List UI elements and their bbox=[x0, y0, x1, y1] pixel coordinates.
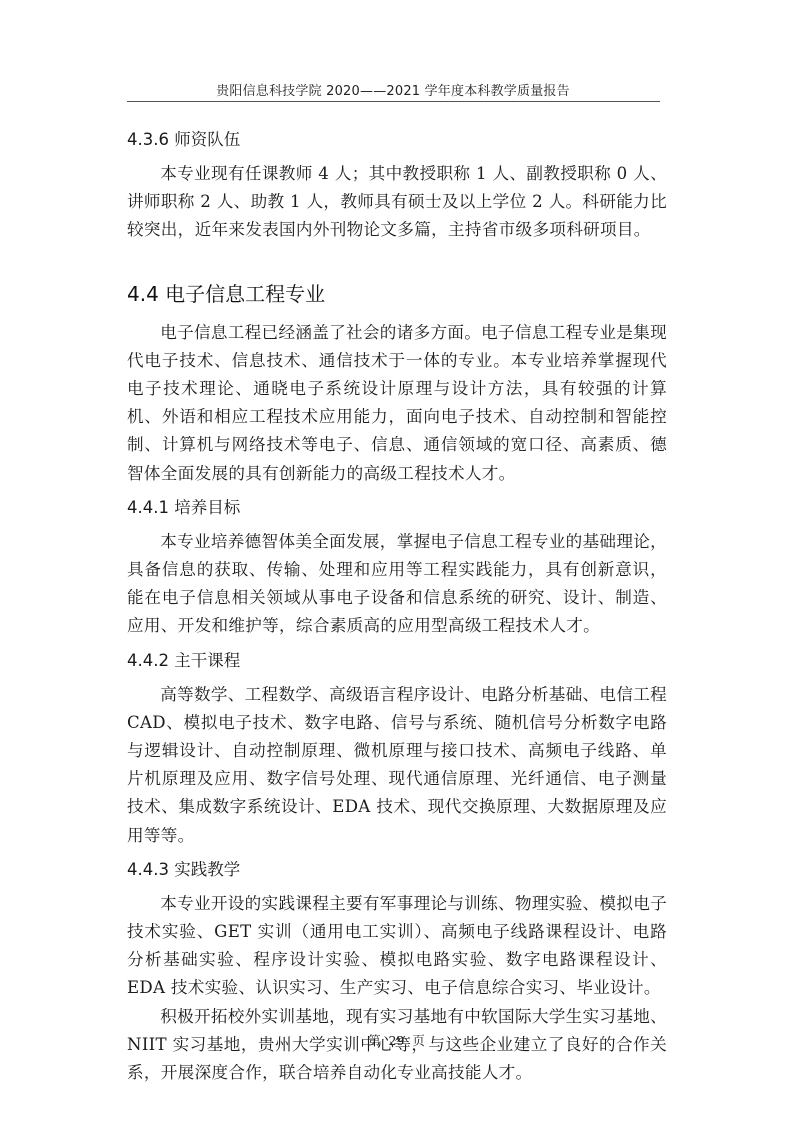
paragraph-core-courses: 高等数学、工程数学、高级语言程序设计、电路分析基础、电信工程 CAD、模拟电子技… bbox=[127, 681, 667, 850]
spacer bbox=[127, 309, 667, 319]
heading-4-4-3: 4.4.3 实践教学 bbox=[127, 856, 667, 884]
paragraph-major-intro: 电子信息工程已经涵盖了社会的诸多方面。电子信息工程专业是集现代电子技术、信息技术… bbox=[127, 319, 667, 488]
heading-4-4-2: 4.4.2 主干课程 bbox=[127, 647, 667, 675]
page-number: 第 29 页 bbox=[0, 1031, 793, 1049]
spacer bbox=[127, 245, 667, 279]
page-header: 贵阳信息科技学院 2020——2021 学年度本科教学质量报告 bbox=[128, 80, 658, 99]
page-content: 4.3.6 师资队伍 本专业现有任课教师 4 人；其中教授职称 1 人、副教授职… bbox=[127, 126, 667, 1087]
paragraph-faculty: 本专业现有任课教师 4 人；其中教授职称 1 人、副教授职称 0 人、讲师职称 … bbox=[127, 160, 667, 245]
heading-4-3-6: 4.3.6 师资队伍 bbox=[127, 126, 667, 154]
heading-4-4: 4.4 电子信息工程专业 bbox=[127, 279, 667, 309]
paragraph-practice-courses: 本专业开设的实践课程主要有军事理论与训练、物理实验、模拟电子技术实验、GET 实… bbox=[127, 890, 667, 1003]
heading-4-4-1: 4.4.1 培养目标 bbox=[127, 494, 667, 522]
header-divider bbox=[127, 101, 660, 102]
paragraph-training-goal: 本专业培养德智体美全面发展，掌握电子信息工程专业的基础理论，具备信息的获取、传输… bbox=[127, 528, 667, 641]
